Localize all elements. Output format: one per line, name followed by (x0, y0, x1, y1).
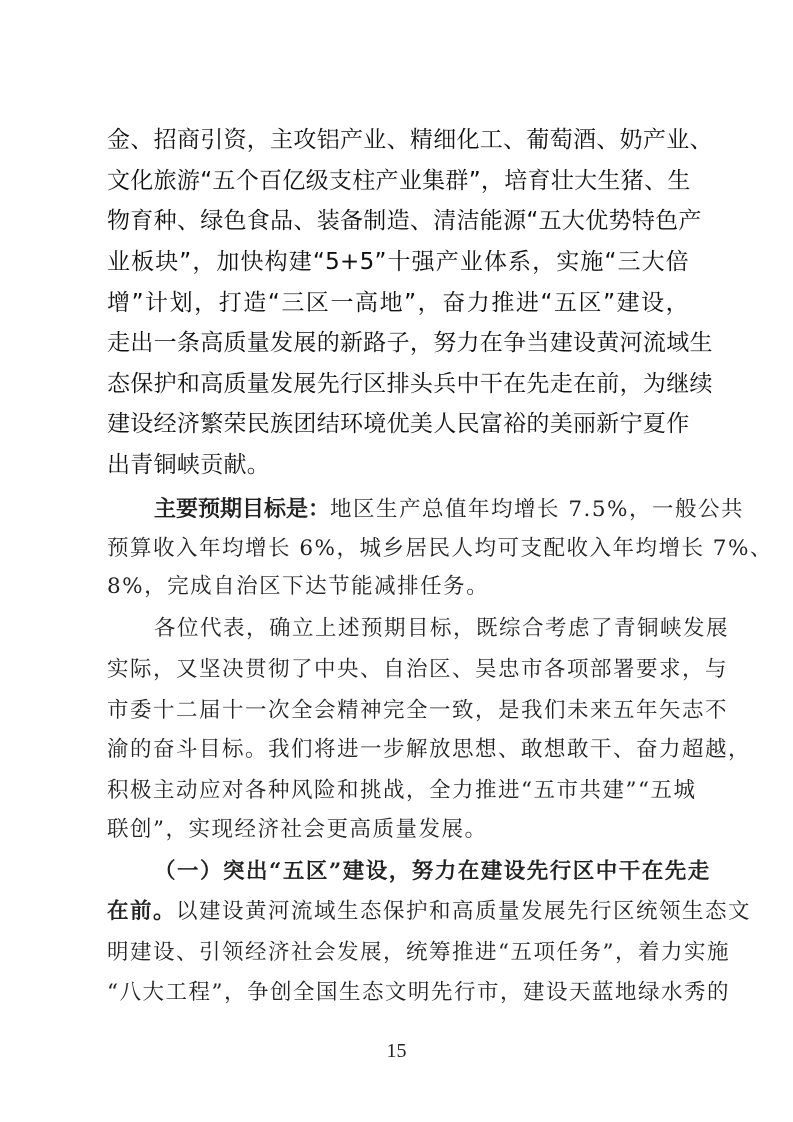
p2-line-1: 主要预期目标是： 地区生产总值年均增长 7.5%，一般公共 (154, 495, 689, 525)
p4-line-4: “八大工程”，争创全国生态文明先行市，建设天蓝地绿水秀的 (107, 978, 689, 1008)
p1-line-7: 态保护和高质量发展先行区排头兵中干在先走在前，为继续 (107, 369, 689, 399)
section-heading: （一）突出“五区”建设，努力在建设先行区中干在先走 (154, 857, 689, 887)
p3-line-4: 渝的奋斗目标。我们将进一步解放思想、敢想敢干、奋力超越， (107, 735, 689, 765)
p1-line-6: 走出一条高质量发展的新路子，努力在争当建设黄河流域生 (107, 328, 689, 358)
targets-first-line: 地区生产总值年均增长 7.5%，一般公共 (330, 495, 744, 525)
p4-line-3: 明建设、引领经济社会发展，统筹推进“五项任务”，着力实施 (107, 938, 689, 968)
p4-line-2: 在前。 以建设黄河流域生态保护和高质量发展先行区统领生态文 (107, 897, 689, 927)
p3-line-2: 实际，又坚决贯彻了中央、自治区、吴忠市各项部署要求，与 (107, 655, 689, 685)
p1-line-8: 建设经济繁荣民族团结环境优美人民富裕的美丽新宁夏作 (107, 409, 689, 439)
document-page: 金、招商引资，主攻铝产业、精细化工、葡萄酒、奶产业、 文化旅游“五个百亿级支柱产… (0, 0, 793, 1122)
p3-line-5: 积极主动应对各种风险和挑战，全力推进“五市共建”“五城 (107, 776, 689, 806)
p4-line-2-text: 以建设黄河流域生态保护和高质量发展先行区统领生态文 (176, 897, 751, 927)
p1-line-2: 文化旅游“五个百亿级支柱产业集群”，培育壮大生猪、生 (107, 166, 689, 196)
p1-line-1: 金、招商引资，主攻铝产业、精细化工、葡萄酒、奶产业、 (107, 125, 689, 155)
p2-line-3: 8%，完成自治区下达节能减排任务。 (107, 572, 689, 602)
p3-line-6: 联创”，实现经济社会更高质量发展。 (107, 815, 689, 845)
section-heading-end: 在前。 (107, 897, 176, 927)
p1-line-9: 出青铜峡贡献。 (107, 450, 689, 480)
p1-line-4: 业板块”，加快构建“5+5”十强产业体系，实施“三大倍 (107, 247, 689, 277)
p3-line-1: 各位代表，确立上述预期目标，既综合考虑了青铜峡发展 (154, 614, 689, 644)
targets-lead: 主要预期目标是： (154, 495, 330, 525)
p3-line-3: 市委十二届十一次全会精神完全一致，是我们未来五年矢志不 (107, 696, 689, 726)
p1-line-5: 增”计划，打造“三区一高地”，奋力推进“五区”建设， (107, 288, 689, 318)
p1-line-3: 物育种、绿色食品、装备制造、清洁能源“五大优势特色产 (107, 206, 689, 236)
page-number: 15 (0, 1040, 793, 1063)
p2-line-2: 预算收入年均增长 6%，城乡居民人均可支配收入年均增长 7%、 (107, 534, 689, 564)
